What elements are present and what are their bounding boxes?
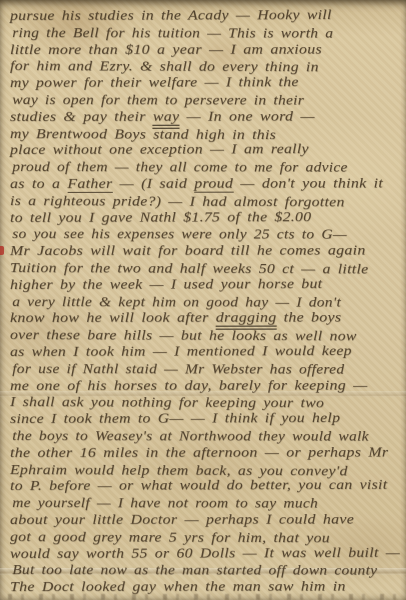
letter-line: as to a Father — (I said proud — don't y…	[10, 176, 406, 193]
text-segment: the other 16 miles in the afternoon — or…	[10, 445, 388, 461]
text-segment: way is open for them to persevere in the…	[12, 93, 304, 108]
letter-line: to P. before — or what would do better, …	[10, 478, 406, 496]
text-segment: a very little & kept him on good hay — I…	[12, 295, 341, 311]
text-segment: know how he will look after	[10, 311, 216, 326]
letter-line: studies & pay their way — In one word —	[10, 109, 406, 126]
text-segment: over these bare hills — but he looks as …	[10, 328, 357, 344]
text-segment: ring the Bell for his tuition — This is …	[12, 26, 333, 42]
letter-line: way is open for them to persevere in the…	[10, 93, 406, 110]
letter-line: to tell you I gave Nathl $1.75 of the $2…	[10, 209, 406, 227]
text-segment: — In one word —	[179, 109, 314, 124]
underlined-word: Father	[67, 177, 112, 193]
text-segment: Mr Jacobs will wait for board till he co…	[10, 244, 366, 260]
letter-line: little more than $10 a year — I am anxio…	[10, 42, 406, 59]
letter-line: higher by the week — I used your horse b…	[10, 276, 406, 294]
text-segment: higher by the week — I used your horse b…	[10, 277, 322, 293]
text-segment: me one of his horses to day, barely for …	[10, 378, 368, 394]
text-segment: for use if Nathl staid — Mr Webster has …	[12, 362, 344, 378]
letter-line: But too late now as the man started off …	[10, 563, 406, 580]
letter-line: a very little & kept him on good hay — I…	[10, 295, 406, 312]
text-segment: so you see his expenses were only 25 cts…	[12, 227, 347, 243]
letter-line: as when I took him — I mentioned I would…	[10, 344, 406, 362]
letter-line: Mr Jacobs will wait for board till he co…	[10, 243, 406, 260]
text-segment: pursue his studies in the Acady — Hooky …	[10, 8, 332, 24]
text-segment: as to a	[10, 177, 67, 192]
letter-line: me yourself — I have not room to say muc…	[10, 496, 406, 513]
text-segment: to P. before — or what would do better, …	[10, 478, 387, 494]
text-segment: I shall ask you nothing for keeping your…	[10, 395, 324, 411]
text-segment: place without one exception — I am reall…	[10, 142, 309, 158]
text-segment: got a good grey mare 5 yrs for him, that…	[10, 530, 330, 546]
letter-body: pursue his studies in the Acady — Hooky …	[10, 9, 406, 597]
text-segment: Ephraim would help them back, as you con…	[10, 463, 348, 479]
text-segment: the boys	[276, 311, 341, 326]
text-segment: would say worth 55 or 60 Dolls — It was …	[10, 545, 400, 561]
text-segment: for him and Ezry. & shall do every thing…	[10, 59, 319, 75]
letter-line: place without one exception — I am reall…	[10, 142, 406, 160]
text-segment: me yourself — I have not room to say muc…	[12, 496, 318, 511]
text-segment: — don't you think it	[233, 176, 383, 191]
letter-line: the boys to Weasey's at Northwood they w…	[10, 429, 406, 446]
text-segment: studies & pay their	[10, 110, 153, 125]
text-segment: as when I took him — I mentioned I would…	[10, 344, 352, 360]
text-segment: to tell you I gave Nathl $1.75 of the $2…	[10, 210, 311, 226]
letter-line: ring the Bell for his tuition — This is …	[10, 26, 406, 43]
letter-line: so you see his expenses were only 25 cts…	[10, 227, 406, 244]
cutoff-partial-line	[8, 594, 400, 600]
text-segment: since I took them to G— — I think if you…	[10, 411, 340, 427]
letter-line: me one of his horses to day, barely for …	[10, 378, 406, 395]
text-segment: Tuition for the two and half weeks 50 ct…	[10, 261, 369, 277]
letter-line: my power for their welfare — I think the	[10, 75, 406, 93]
letter-line: since I took them to G— — I think if you…	[10, 411, 406, 429]
text-segment: about your little Doctor — perhaps I cou…	[10, 512, 354, 528]
text-segment: little more than $10 a year — I am anxio…	[10, 42, 322, 57]
text-segment: proud of them — they all come to me for …	[12, 160, 348, 176]
letter-line: the other 16 miles in the afternoon — or…	[10, 445, 406, 462]
text-segment: the boys to Weasey's at Northwood they w…	[12, 429, 369, 445]
letter-line: pursue his studies in the Acady — Hooky …	[10, 8, 406, 26]
underlined-word: way	[153, 110, 180, 129]
red-edge-mark	[0, 246, 4, 255]
text-segment: — (I said	[112, 177, 194, 192]
underlined-word: proud	[194, 177, 233, 193]
text-segment: is a righteous pride?) — I had almost fo…	[10, 194, 345, 210]
letter-line: proud of them — they all come to me for …	[10, 160, 406, 177]
text-segment: But too late now as the man started off …	[12, 563, 377, 579]
underlined-word: dragging	[216, 311, 277, 330]
letter-page: pursue his studies in the Acady — Hooky …	[0, 0, 406, 600]
letter-line: would say worth 55 or 60 Dolls — It was …	[10, 545, 406, 563]
letter-line: about your little Doctor — perhaps I cou…	[10, 512, 406, 529]
text-segment: my Brentwood Boys stand high in this	[10, 127, 276, 143]
text-segment: my power for their welfare — I think the	[10, 75, 299, 91]
text-segment: The Doct looked gay when the man saw him…	[10, 580, 346, 596]
letter-line: for use if Nathl staid — Mr Webster has …	[10, 362, 406, 379]
letter-line: know how he will look after dragging the…	[10, 311, 406, 328]
